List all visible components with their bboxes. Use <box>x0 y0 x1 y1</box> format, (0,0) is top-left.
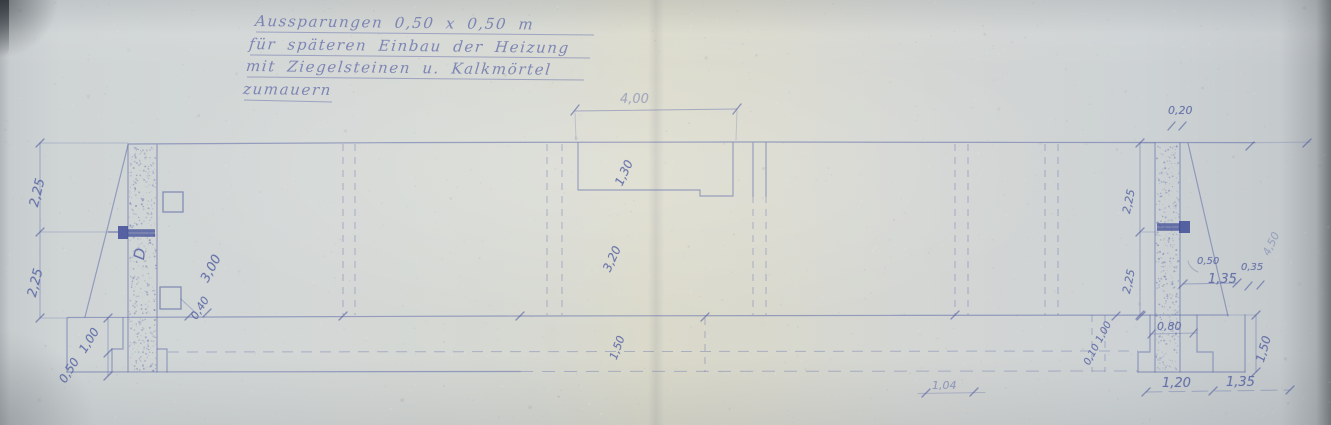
dim-label-right-base-inner: 0,50 <box>1197 256 1219 267</box>
dim-label-right-top-width: 0,20 <box>1168 104 1193 117</box>
wall-bottom-edge <box>68 315 1228 318</box>
blueprint-sheet: Aussparungen 0,50 x 0,50 m für späteren … <box>0 0 1331 425</box>
heating-recess-squares <box>160 192 183 309</box>
dim-top-span <box>575 109 737 111</box>
left-bolt-head <box>118 226 128 239</box>
footing-bottom-solid <box>67 372 520 373</box>
right-footing-step-b <box>1197 315 1213 372</box>
dim-label-right-pier-width: 0,80 <box>1157 320 1182 333</box>
right-footing-step-a <box>1138 315 1150 372</box>
dim-label-right-slope-width: 0,35 <box>1241 262 1263 273</box>
left-footing-step-a <box>112 318 123 372</box>
dim-label-bottom-mid-span: 1,04 <box>932 379 957 392</box>
corner-dark-sliver <box>0 0 9 56</box>
concrete-stipple <box>128 145 1179 371</box>
note-line-1: Aussparungen 0,50 x 0,50 m <box>254 12 535 33</box>
footing-bottom-dashed <box>520 371 1138 372</box>
footing-hidden-lines <box>168 351 1138 372</box>
footing-mid-dashed <box>168 351 1138 352</box>
dim-label-top-span: 4,00 <box>620 92 649 107</box>
dim-label-bottom-left-span: 1,20 <box>1162 376 1191 391</box>
note-line-3: mit Ziegelsteinen u. Kalkmörtel <box>245 57 552 79</box>
form-tie-bolts <box>108 221 1190 239</box>
ext-line <box>736 111 737 140</box>
construction-joints <box>343 144 1105 372</box>
wall-outline <box>67 142 1310 372</box>
ext-line <box>575 113 576 140</box>
underline-4 <box>244 100 332 102</box>
dim-label-bottom-right-span: 1,35 <box>1226 375 1255 390</box>
dim-pier-width <box>1150 333 1197 334</box>
dim-label-right-base: 1,35 <box>1208 272 1237 287</box>
left-bolt-shaft <box>128 229 155 237</box>
note-line-4: zumauern <box>242 80 333 99</box>
underline-1 <box>256 32 594 35</box>
recess-square-lower <box>160 287 181 309</box>
right-wall-slope <box>1188 143 1228 316</box>
dim-bottom-mid <box>918 393 985 394</box>
right-bolt-head <box>1179 221 1190 233</box>
top-recess <box>578 143 733 196</box>
